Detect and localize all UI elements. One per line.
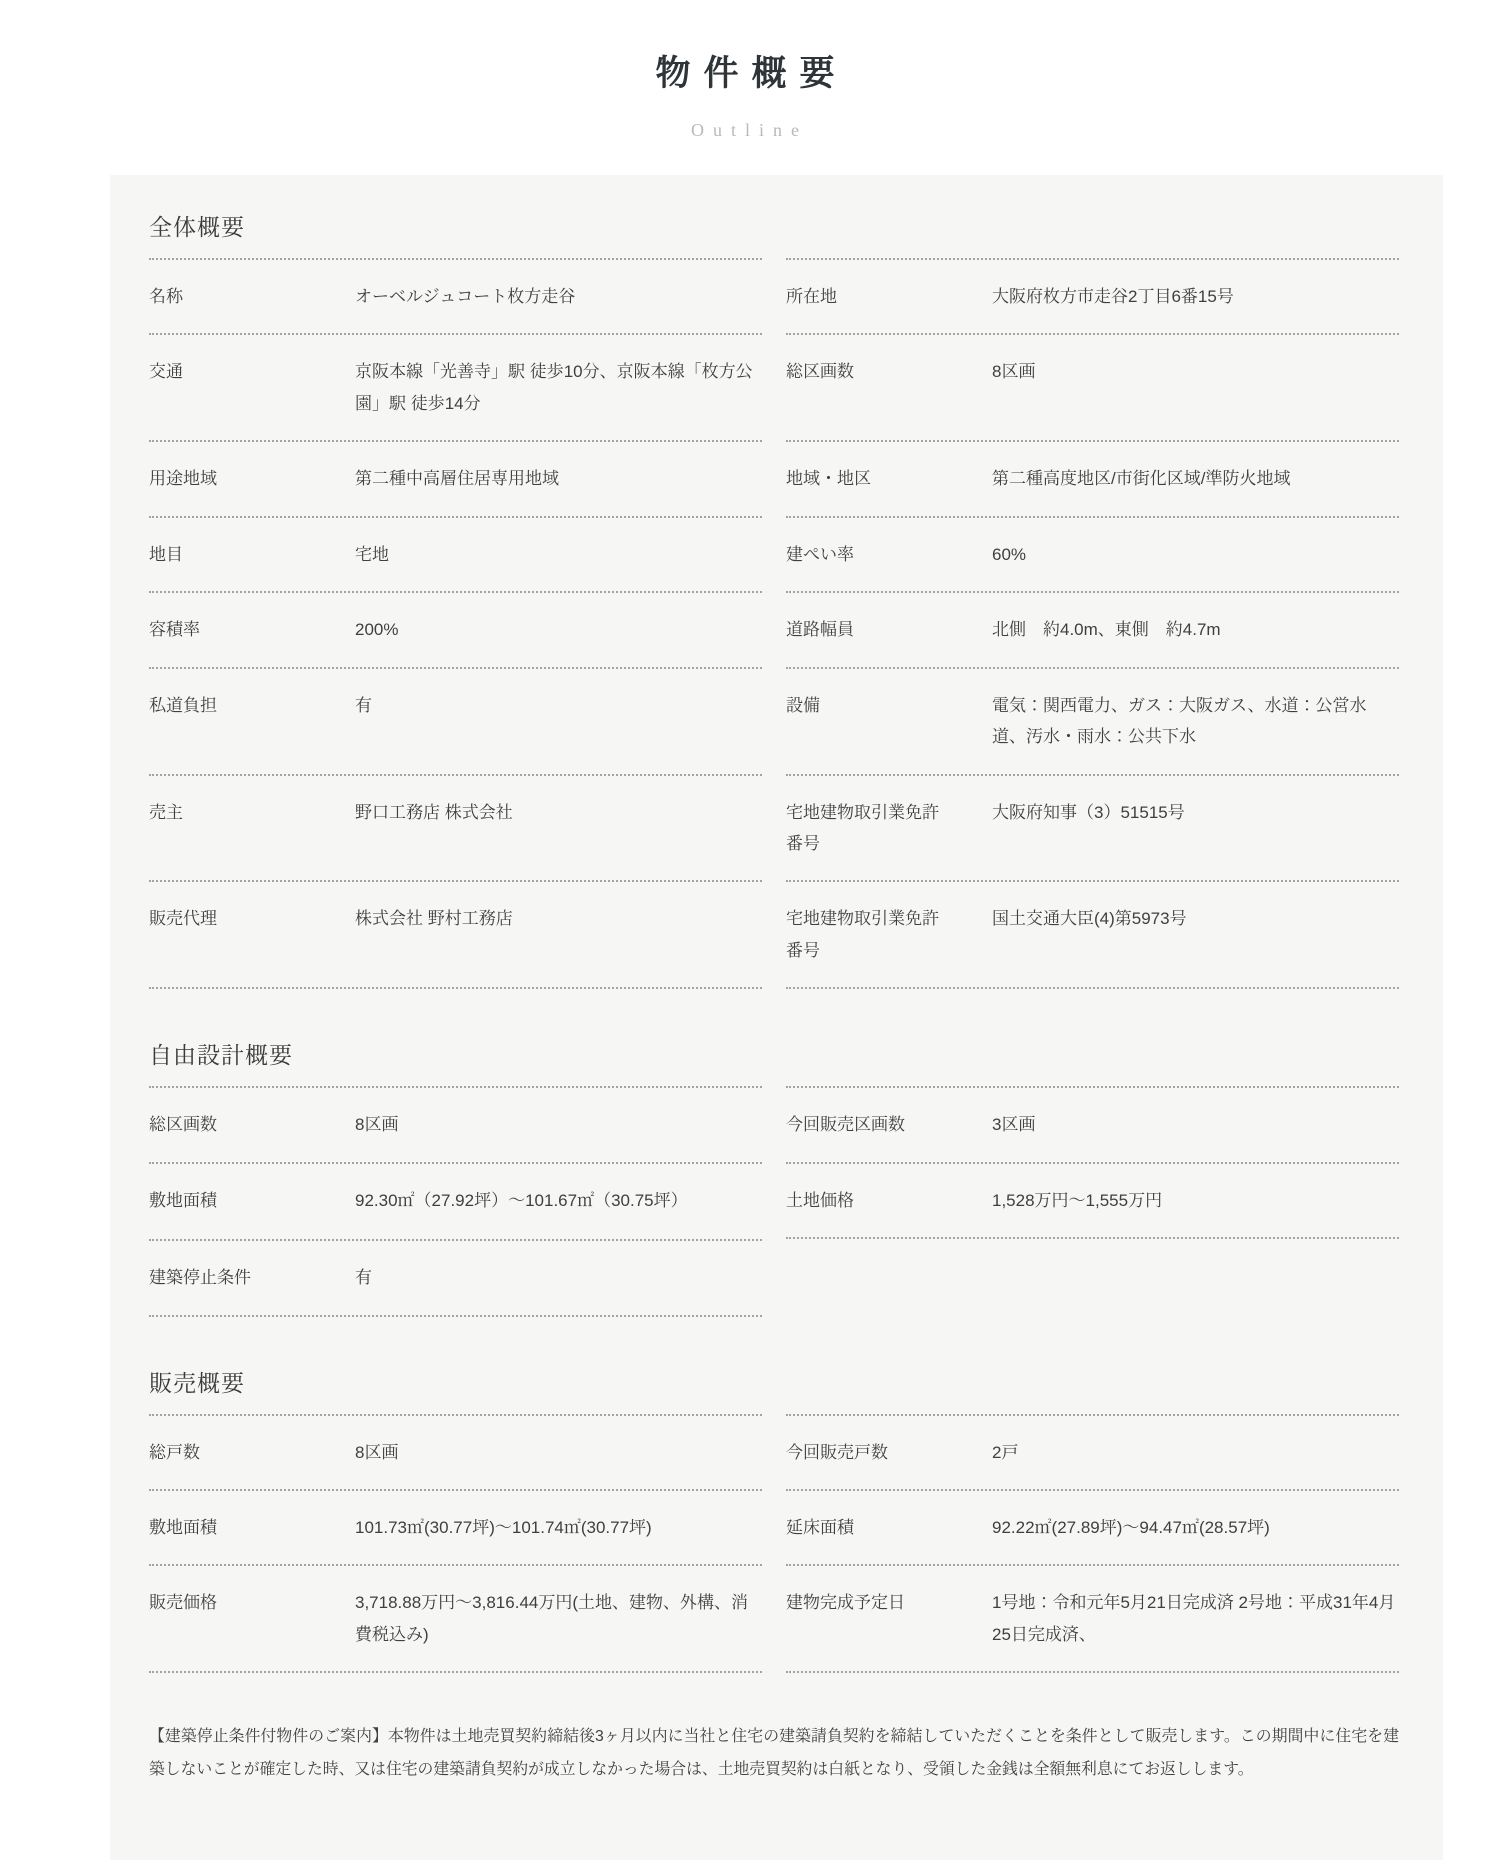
field-value: 京阪本線「光善寺」駅 徒歩10分、京阪本線「枚方公園」駅 徒歩14分: [355, 356, 762, 419]
field-value: 3,718.88万円～3,816.44万円(土地、建物、外構、消費税込み): [355, 1587, 762, 1650]
field-label: 総区画数: [149, 1109, 355, 1140]
field-label: 道路幅員: [786, 614, 992, 645]
table-row: 地目宅地建ぺい率60%: [149, 516, 1399, 591]
spec-section: 販売概要総戸数8区画今回販売戸数2戸敷地面積101.73㎡(30.77坪)～10…: [149, 1365, 1399, 1674]
page-title: 物件概要: [0, 46, 1490, 96]
table-cell: 名称オーベルジュコート枚方走谷: [149, 258, 762, 333]
field-label: 所在地: [786, 281, 992, 312]
table-row: 販売代理株式会社 野村工務店宅地建物取引業免許番号国土交通大臣(4)第5973号: [149, 880, 1399, 989]
table-cell: 販売価格3,718.88万円～3,816.44万円(土地、建物、外構、消費税込み…: [149, 1564, 762, 1673]
table-cell: 建物完成予定日1号地：令和元年5月21日完成済 2号地：平成31年4月25日完成…: [786, 1564, 1399, 1673]
table-cell: 今回販売戸数2戸: [786, 1414, 1399, 1489]
table-cell: 総戸数8区画: [149, 1414, 762, 1489]
section-rows: 名称オーベルジュコート枚方走谷所在地大阪府枚方市走谷2丁目6番15号交通京阪本線…: [149, 258, 1399, 989]
field-value: 8区画: [355, 1437, 762, 1468]
table-cell: 今回販売区画数3区画: [786, 1086, 1399, 1161]
spec-section: 全体概要名称オーベルジュコート枚方走谷所在地大阪府枚方市走谷2丁目6番15号交通…: [149, 209, 1399, 989]
table-row: 用途地域第二種中高層住居専用地域地域・地区第二種高度地区/市街化区域/準防火地域: [149, 440, 1399, 515]
field-value: 8区画: [355, 1109, 762, 1140]
table-cell: 地域・地区第二種高度地区/市街化区域/準防火地域: [786, 440, 1399, 515]
field-value: 101.73㎡(30.77坪)～101.74㎡(30.77坪): [355, 1512, 762, 1543]
table-cell: 販売代理株式会社 野村工務店: [149, 880, 762, 989]
table-cell: 建ぺい率60%: [786, 516, 1399, 591]
field-label: 売主: [149, 797, 355, 828]
field-value: 92.30㎡（27.92坪）～101.67㎡（30.75坪）: [355, 1185, 762, 1216]
table-row: 交通京阪本線「光善寺」駅 徒歩10分、京阪本線「枚方公園」駅 徒歩14分総区画数…: [149, 333, 1399, 440]
page-subtitle: Outline: [0, 120, 1490, 141]
table-row: 敷地面積92.30㎡（27.92坪）～101.67㎡（30.75坪）土地価格1,…: [149, 1162, 1399, 1239]
field-value: 北側 約4.0m、東側 約4.7m: [992, 614, 1399, 645]
table-cell: 交通京阪本線「光善寺」駅 徒歩10分、京阪本線「枚方公園」駅 徒歩14分: [149, 333, 762, 440]
table-cell: 総区画数8区画: [149, 1086, 762, 1161]
field-label: 私道負担: [149, 690, 355, 721]
section-title: 販売概要: [149, 1365, 1399, 1398]
page: 物件概要 Outline 全体概要名称オーベルジュコート枚方走谷所在地大阪府枚方…: [0, 0, 1490, 1860]
field-value: 宅地: [355, 539, 762, 570]
field-label: 容積率: [149, 614, 355, 645]
section-rows: 総区画数8区画今回販売区画数3区画敷地面積92.30㎡（27.92坪）～101.…: [149, 1086, 1399, 1316]
condition-note: 【建築停止条件付物件のご案内】本物件は土地売買契約締結後3ヶ月以内に当社と住宅の…: [149, 1721, 1399, 1786]
field-label: 用途地域: [149, 463, 355, 494]
table-cell: 設備電気：関西電力、ガス：大阪ガス、水道：公営水道、汚水・雨水：公共下水: [786, 667, 1399, 774]
field-value: 大阪府知事（3）51515号: [992, 797, 1399, 860]
table-row: 総戸数8区画今回販売戸数2戸: [149, 1414, 1399, 1489]
field-label: 敷地面積: [149, 1512, 355, 1543]
table-cell: 敷地面積101.73㎡(30.77坪)～101.74㎡(30.77坪): [149, 1489, 762, 1564]
field-value: 60%: [992, 539, 1399, 570]
table-row: 総区画数8区画今回販売区画数3区画: [149, 1086, 1399, 1161]
field-label: 設備: [786, 690, 992, 753]
table-cell: 容積率200%: [149, 591, 762, 666]
field-label: 今回販売戸数: [786, 1437, 992, 1468]
table-row: 建築停止条件有: [149, 1239, 1399, 1316]
table-cell: 売主野口工務店 株式会社: [149, 774, 762, 881]
table-cell: 延床面積92.22㎡(27.89坪)～94.47㎡(28.57坪): [786, 1489, 1399, 1564]
field-label: 名称: [149, 281, 355, 312]
table-row: 私道負担有設備電気：関西電力、ガス：大阪ガス、水道：公営水道、汚水・雨水：公共下…: [149, 667, 1399, 774]
table-cell: 道路幅員北側 約4.0m、東側 約4.7m: [786, 591, 1399, 666]
section-title: 全体概要: [149, 209, 1399, 242]
field-label: 交通: [149, 356, 355, 419]
field-value: 8区画: [992, 356, 1399, 387]
table-row: 販売価格3,718.88万円～3,816.44万円(土地、建物、外構、消費税込み…: [149, 1564, 1399, 1673]
field-label: 総戸数: [149, 1437, 355, 1468]
field-label: 地域・地区: [786, 463, 992, 494]
field-label: 建築停止条件: [149, 1262, 355, 1293]
field-label: 土地価格: [786, 1185, 992, 1216]
table-row: 容積率200%道路幅員北側 約4.0m、東側 約4.7m: [149, 591, 1399, 666]
field-value: 野口工務店 株式会社: [355, 797, 762, 828]
field-label: 敷地面積: [149, 1185, 355, 1216]
field-label: 販売代理: [149, 903, 355, 934]
table-cell: 地目宅地: [149, 516, 762, 591]
field-label: 建物完成予定日: [786, 1587, 992, 1650]
table-cell: 私道負担有: [149, 667, 762, 774]
field-label: 宅地建物取引業免許番号: [786, 797, 992, 860]
section-rows: 総戸数8区画今回販売戸数2戸敷地面積101.73㎡(30.77坪)～101.74…: [149, 1414, 1399, 1674]
field-label: 販売価格: [149, 1587, 355, 1650]
field-value: 2戸: [992, 1437, 1399, 1468]
field-value: 株式会社 野村工務店: [355, 903, 762, 934]
field-value: 有: [355, 1262, 762, 1293]
field-value: 第二種高度地区/市街化区域/準防火地域: [992, 463, 1399, 494]
table-cell: 建築停止条件有: [149, 1239, 762, 1316]
spec-section: 自由設計概要総区画数8区画今回販売区画数3区画敷地面積92.30㎡（27.92坪…: [149, 1037, 1399, 1316]
table-row: 売主野口工務店 株式会社宅地建物取引業免許番号大阪府知事（3）51515号: [149, 774, 1399, 881]
table-cell: 宅地建物取引業免許番号大阪府知事（3）51515号: [786, 774, 1399, 881]
table-row: 名称オーベルジュコート枚方走谷所在地大阪府枚方市走谷2丁目6番15号: [149, 258, 1399, 333]
sections: 全体概要名称オーベルジュコート枚方走谷所在地大阪府枚方市走谷2丁目6番15号交通…: [149, 209, 1399, 1673]
table-row: 敷地面積101.73㎡(30.77坪)～101.74㎡(30.77坪)延床面積9…: [149, 1489, 1399, 1564]
field-value: 第二種中高層住居専用地域: [355, 463, 762, 494]
table-cell: 所在地大阪府枚方市走谷2丁目6番15号: [786, 258, 1399, 333]
outline-card: 全体概要名称オーベルジュコート枚方走谷所在地大阪府枚方市走谷2丁目6番15号交通…: [110, 175, 1443, 1860]
field-label: 今回販売区画数: [786, 1109, 992, 1140]
table-cell: 敷地面積92.30㎡（27.92坪）～101.67㎡（30.75坪）: [149, 1162, 762, 1239]
field-value: 電気：関西電力、ガス：大阪ガス、水道：公営水道、汚水・雨水：公共下水: [992, 690, 1399, 753]
field-value: 200%: [355, 614, 762, 645]
field-label: 宅地建物取引業免許番号: [786, 903, 992, 966]
table-cell: 用途地域第二種中高層住居専用地域: [149, 440, 762, 515]
field-value: 有: [355, 690, 762, 721]
field-label: 建ぺい率: [786, 539, 992, 570]
section-title: 自由設計概要: [149, 1037, 1399, 1070]
page-header: 物件概要 Outline: [0, 46, 1490, 141]
table-cell: 総区画数8区画: [786, 333, 1399, 440]
field-value: オーベルジュコート枚方走谷: [355, 281, 762, 312]
field-value: 国土交通大臣(4)第5973号: [992, 903, 1399, 966]
table-cell: 土地価格1,528万円～1,555万円: [786, 1162, 1399, 1239]
field-value: 92.22㎡(27.89坪)～94.47㎡(28.57坪): [992, 1512, 1399, 1543]
table-cell: 宅地建物取引業免許番号国土交通大臣(4)第5973号: [786, 880, 1399, 989]
field-label: 延床面積: [786, 1512, 992, 1543]
field-label: 総区画数: [786, 356, 992, 387]
field-label: 地目: [149, 539, 355, 570]
field-value: 3区画: [992, 1109, 1399, 1140]
field-value: 大阪府枚方市走谷2丁目6番15号: [992, 281, 1399, 312]
field-value: 1号地：令和元年5月21日完成済 2号地：平成31年4月25日完成済、: [992, 1587, 1399, 1650]
field-value: 1,528万円～1,555万円: [992, 1185, 1399, 1216]
table-cell-empty: [786, 1239, 1399, 1316]
